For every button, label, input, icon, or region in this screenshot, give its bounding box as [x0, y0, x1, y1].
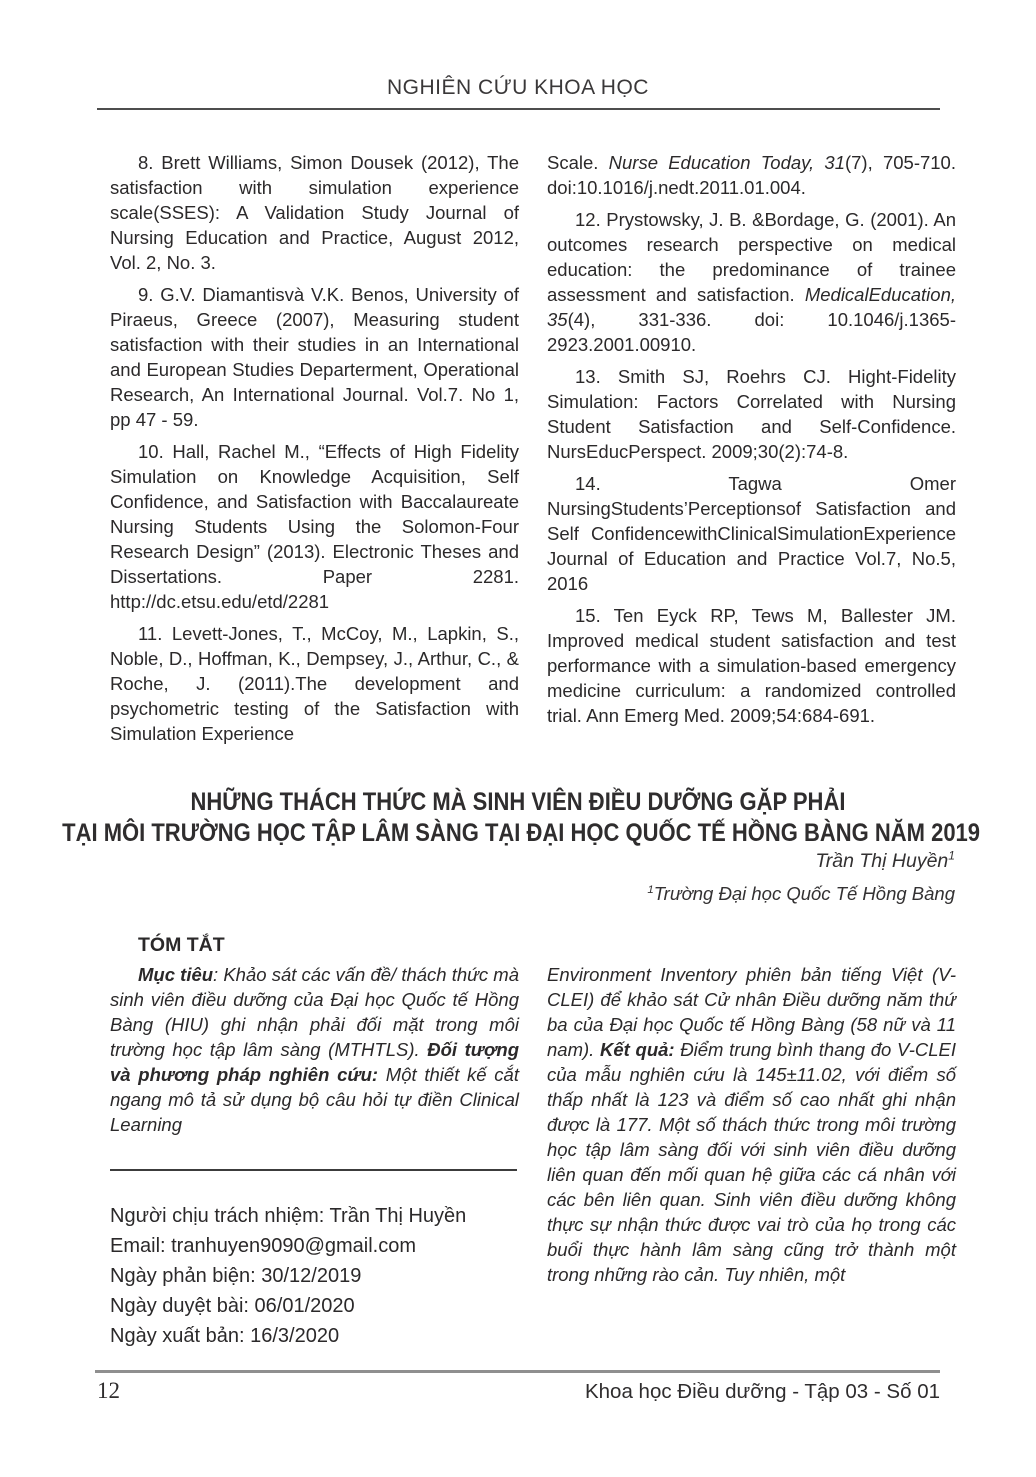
contact-email: Email: tranhuyen9090@gmail.com — [110, 1231, 519, 1261]
contact-publish-date: Ngày xuất bản: 16/3/2020 — [110, 1321, 519, 1351]
reference-item-12: 12. Prystowsky, J. B. &Bordage, G. (2001… — [547, 207, 956, 357]
journal-name: Khoa học Điều dưỡng - Tập 03 - Số 01 — [585, 1380, 940, 1404]
abstract-heading: TÓM TẮT — [110, 933, 519, 958]
affiliation-name: Trường Đại học Quốc Tế Hồng Bàng — [654, 883, 955, 904]
affiliation-line: 1Trường Đại học Quốc Tế Hồng Bàng — [647, 883, 955, 905]
reference-item-10: 10. Hall, Rachel M., “Effects of High Fi… — [110, 439, 519, 614]
author-name: Trần Thị Huyền — [815, 850, 948, 872]
reference-item-11: 11. Levett-Jones, T., McCoy, M., Lapkin,… — [110, 621, 519, 746]
references-right-column: Scale. Nurse Education Today, 31(7), 705… — [547, 150, 956, 753]
article-title: NHỮNG THÁCH THỨC MÀ SINH VIÊN ĐIỀU DƯỠNG… — [0, 787, 1036, 849]
reference-item-11-continuation: Scale. Nurse Education Today, 31(7), 705… — [547, 150, 956, 200]
article-title-line2: TẠI MÔI TRƯỜNG HỌC TẬP LÂM SÀNG TẠI ĐẠI … — [62, 818, 974, 849]
abstract-right-column: Environment Inventory phiên bản tiếng Vi… — [547, 933, 956, 1351]
author-line: Trần Thị Huyền1 — [815, 850, 955, 873]
reference-item-15: 15. Ten Eyck RP, Tews M, Ballester JM. I… — [547, 603, 956, 728]
page-number: 12 — [97, 1378, 120, 1404]
contact-divider-rule — [110, 1169, 517, 1171]
running-head: NGHIÊN CỨU KHOA HỌC — [0, 76, 1036, 100]
references-left-column: 8. Brett Williams, Simon Dousek (2012), … — [110, 150, 519, 753]
abstract-left-column: TÓM TẮT Mục tiêu: Khảo sát các vấn đề/ t… — [110, 933, 519, 1351]
references-section: 8. Brett Williams, Simon Dousek (2012), … — [110, 150, 956, 753]
author-affiliation-marker: 1 — [948, 849, 955, 863]
contact-approval-date: Ngày duyệt bài: 06/01/2020 — [110, 1291, 519, 1321]
journal-page: NGHIÊN CỨU KHOA HỌC 8. Brett Williams, S… — [0, 0, 1036, 1477]
abstract-paragraph-right: Environment Inventory phiên bản tiếng Vi… — [547, 962, 956, 1287]
footer: 12 Khoa học Điều dưỡng - Tập 03 - Số 01 — [97, 1378, 940, 1404]
contact-review-date: Ngày phản biện: 30/12/2019 — [110, 1261, 519, 1291]
footer-rule — [95, 1370, 940, 1373]
header-rule — [97, 108, 940, 110]
contact-block: Người chịu trách nhiệm: Trần Thị Huyền E… — [110, 1201, 519, 1351]
reference-item-9: 9. G.V. Diamantisvà V.K. Benos, Universi… — [110, 282, 519, 432]
article-title-line1: NHỮNG THÁCH THỨC MÀ SINH VIÊN ĐIỀU DƯỠNG… — [62, 787, 974, 818]
abstract-paragraph-left: Mục tiêu: Khảo sát các vấn đề/ thách thứ… — [110, 962, 519, 1137]
abstract-section: TÓM TẮT Mục tiêu: Khảo sát các vấn đề/ t… — [110, 933, 956, 1351]
reference-item-8: 8. Brett Williams, Simon Dousek (2012), … — [110, 150, 519, 275]
contact-responsible-person: Người chịu trách nhiệm: Trần Thị Huyền — [110, 1201, 519, 1231]
reference-item-14: 14. Tagwa Omer NursingStudents’Perceptio… — [547, 471, 956, 596]
reference-item-13: 13. Smith SJ, Roehrs CJ. Hight-Fidelity … — [547, 364, 956, 464]
